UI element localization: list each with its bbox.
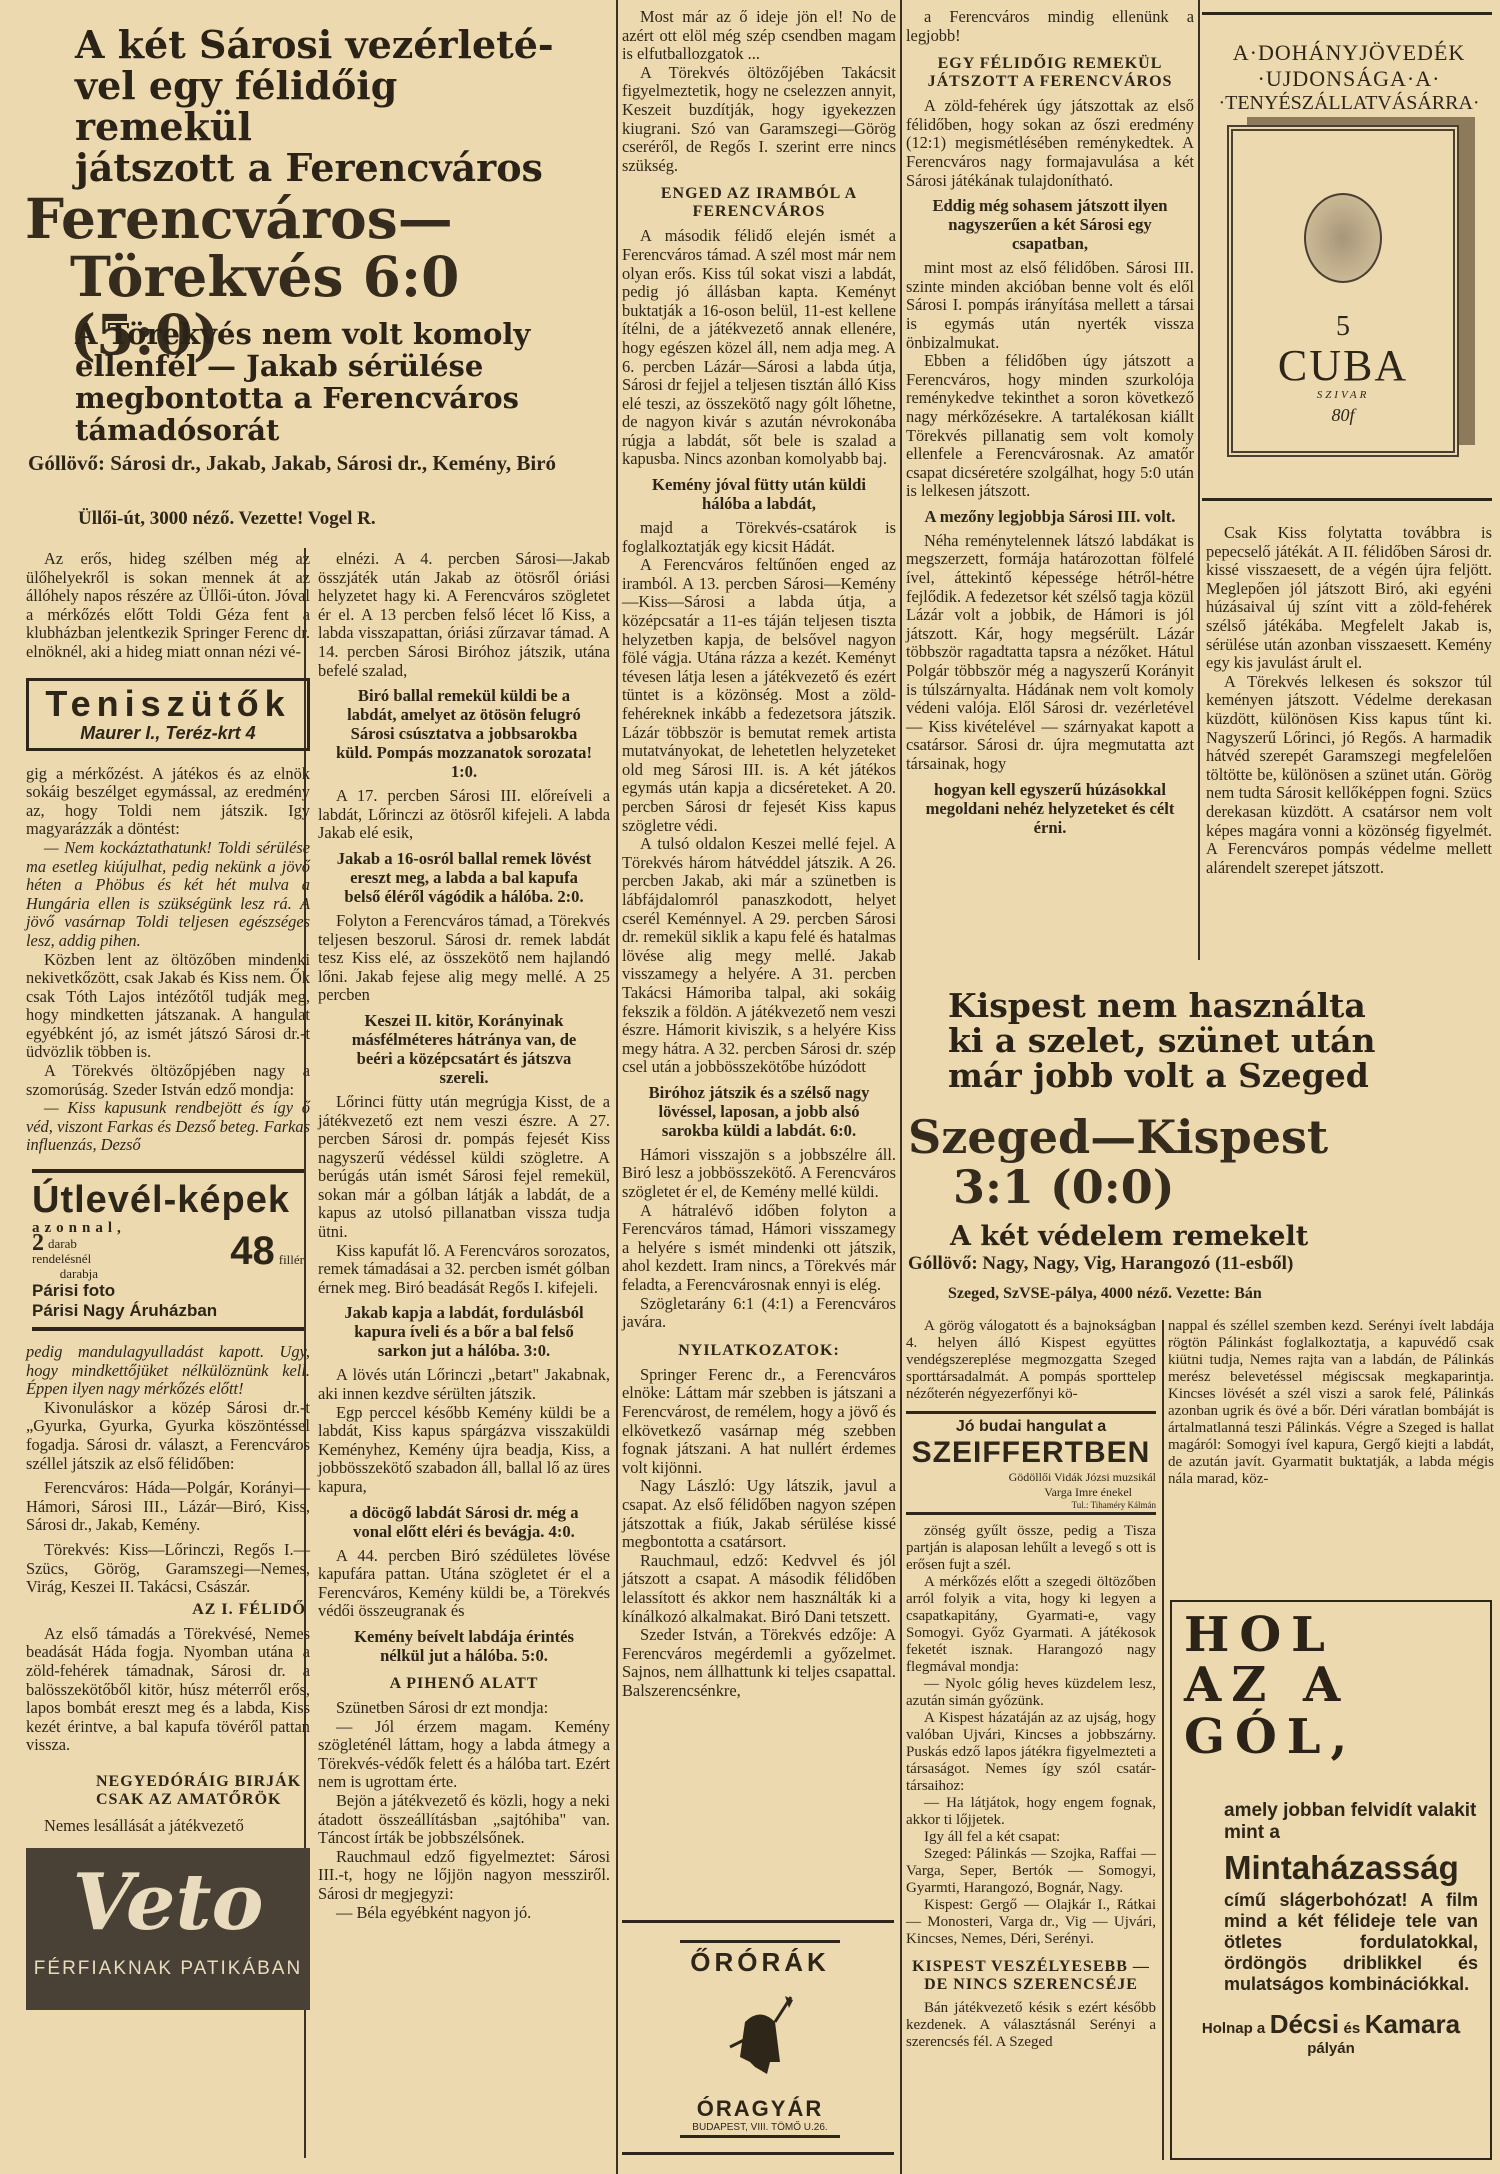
cinema-name: Décsi (1270, 2009, 1339, 2039)
highlight-paragraph: Kemény jóval fütty után küldi hálóba a l… (636, 475, 882, 513)
column-rule (900, 0, 902, 2174)
article1-scorers: Góllövő: Sárosi dr., Jakab, Jakab, Sáros… (28, 452, 578, 475)
paragraph: Közben lent az öltözőben mindenki nekive… (26, 951, 310, 1063)
article1-venue: Üllői-út, 3000 néző. Vezette! Vogel R. (78, 508, 598, 530)
paragraph: Lőrinci fütty után megrúgja Kisst, de a … (318, 1093, 610, 1242)
watch-ad-maker: ÓRAGYÁR (680, 2096, 840, 2122)
paragraph: — Ha látjátok, hogy engem fognak, akkor … (906, 1795, 1156, 1829)
paragraph: Szögletarány 6:1 (4:1) a Ferencváros jav… (622, 1295, 896, 1332)
tobacco-ad-line: A·DOHÁNYJÖVEDÉK (1205, 40, 1493, 66)
paragraph: — Nyolc gólig heves küzdelem lesz, azutá… (906, 1676, 1156, 1710)
kicker-line: A két Sárosi vezérleté- (75, 24, 605, 65)
tobacco-ad-line: ·UJDONSÁGA·A· (1205, 66, 1493, 92)
paragraph: Rauchmaul, edző: Kedvvel és jól játszott… (622, 1552, 896, 1626)
highlight-paragraph: Eddig még sohasem játszott ilyen nagysze… (920, 196, 1180, 253)
lineup-ferencvaros: Ferencváros: Háda—Polgár, Korányi—Hámori… (26, 1479, 310, 1535)
veto-ad-tagline: FÉRFIAKNAK PATIKÁBAN (26, 1958, 310, 1980)
cigar-kind: SZIVAR (1233, 389, 1453, 401)
seiffert-ad-music: Gödöllői Vidák Józsi muzsikál (906, 1470, 1156, 1485)
passport-ad-unit: fillér (279, 1252, 304, 1267)
tennis-ad: Teniszütők Maurer I., Teréz-krt 4 (26, 678, 310, 751)
tennis-ad-title: Teniszütők (37, 685, 299, 723)
kicker-line: Kispest nem használta (948, 988, 1496, 1023)
paragraph: A Ferencváros feltűnően enged az iramból… (622, 556, 896, 835)
kicker-line: játszott a Ferencváros (75, 147, 605, 188)
paragraph: Springer Ferenc dr., a Ferencváros elnök… (622, 1366, 896, 1478)
paragraph: A Törekvés öltözőjében Takácsit figyelme… (622, 64, 896, 176)
highlight-paragraph: hogyan kell egyszerű húzásokkal megoldan… (920, 780, 1180, 837)
article1-column-4: a Ferencváros mindig ellenünk a legjobb!… (906, 8, 1194, 843)
watch-ad-title: ŐRÓRÁK (680, 1947, 840, 1978)
passport-ad-store: Párisi Nagy Áruházban (32, 1301, 304, 1321)
article2-column-b: nappal és széllel szemben kezd. Serényi … (1168, 1318, 1494, 1488)
article2-deck: A két védelem remekelt (950, 1223, 1470, 1251)
footer-text: Holnap a (1202, 2020, 1265, 2037)
article2-kicker: Kispest nem használta ki a szelet, szüne… (948, 988, 1496, 1093)
highlight-paragraph: Biró ballal remekül küldi be a labdát, a… (332, 686, 596, 781)
article1-column-2: elnézi. A 4. percben Sárosi—Jakab összjá… (318, 550, 610, 1922)
tobacco-ad: A·DOHÁNYJÖVEDÉK ·UJDONSÁGA·A· ·TENYÉSZÁL… (1205, 40, 1493, 457)
subheading: KISPEST VESZÉLYESEBB — DE NINCS SZERENCS… (906, 1958, 1156, 1994)
passport-ad-shop: Párisi foto (32, 1281, 304, 1301)
paragraph: Az erős, hideg szélben még az ülőhelyekr… (26, 550, 310, 662)
column-rule (1162, 1320, 1164, 2160)
subheading: NYILATKOZATOK: (622, 1342, 896, 1360)
paragraph: mint most az első félidőben. Sárosi III.… (906, 259, 1194, 352)
paragraph: A tulsó oldalon Keszei mellé fejel. A Tö… (622, 835, 896, 1077)
highlight-paragraph: Jakab a 16-osról ballal remek lövést ere… (332, 849, 596, 906)
film-ad-line: HOL (1184, 1610, 1478, 1660)
quote: — Nem kockáztathatunk! Toldi sérülése ma… (26, 839, 310, 951)
lineup-torekves: Törekvés: Kiss—Lőrinczi, Regős I.—Szücs,… (26, 1541, 310, 1597)
quote: pedig mandulagyulladást kapott. Ugy, hog… (26, 1343, 310, 1399)
paragraph: Kivonuláskor a közép Sárosi dr.-t „Gyurk… (26, 1399, 310, 1473)
paragraph: Bejön a játékvezető és közli, hogy a nek… (318, 1792, 610, 1848)
article2-scorers: Góllövő: Nagy, Nagy, Vig, Harangozó (11-… (908, 1253, 1498, 1275)
paragraph: Igy áll fel a két csapat: (906, 1829, 1156, 1846)
film-ad-title: Mintaházasság (1224, 1848, 1478, 1888)
paragraph: A lövés után Lőrinczi „betart" Jakabnak,… (318, 1366, 610, 1403)
deck-line: megbontotta a Ferencváros (75, 382, 615, 414)
paragraph: — Jól érzem magam. Kemény szögleténél lá… (318, 1718, 610, 1792)
quote: — Kiss kapusunk rendbejött és így ő véd,… (26, 1099, 310, 1155)
paragraph: — Béla egyébként nagyon jó. (318, 1904, 610, 1923)
seiffert-ad-singer: Varga Imre énekel (906, 1485, 1156, 1500)
paragraph: Ebben a félidőben úgy játszott a Ferencv… (906, 352, 1194, 501)
paragraph: A 17. percben Sárosi III. előreíveli a l… (318, 787, 610, 843)
paragraph: A zöld-fehérek úgy játszottak az első fé… (906, 97, 1194, 190)
footer-text: pályán (1184, 2040, 1478, 2057)
paragraph: Kiss kapufát lő. A Ferencváros sorozatos… (318, 1242, 610, 1298)
headline-line: Szeged—Kispest (908, 1112, 1468, 1162)
paragraph: Folyton a Ferencváros támad, a Törekvés … (318, 912, 610, 1005)
article1-kicker: A két Sárosi vezérleté- vel egy félidőig… (75, 24, 605, 188)
headline-line: Ferencváros— (25, 190, 615, 248)
paragraph: Egp perccel később Kemény küldi be a lab… (318, 1404, 610, 1497)
seiffert-ad-name: SZEIFFERTBEN (906, 1436, 1156, 1470)
highlight-paragraph: Jakab kapja a labdát, fordulásból kapura… (332, 1303, 596, 1360)
paragraph: A második félidő elején ismét a Ferencvá… (622, 227, 896, 469)
watch-factory-ad: ŐRÓRÁK ÓRAGYÁR BUDAPEST, VIII. TÖMŐ U.26… (680, 1940, 840, 2138)
paragraph: Rauchmaul edző figyelmeztet: Sárosi III.… (318, 1848, 610, 1904)
cinema-name: Kamara (1365, 2009, 1460, 2039)
column-rule (616, 0, 618, 2174)
film-ad-footer: Holnap a Décsi és Kamara pályán (1184, 2009, 1478, 2057)
paragraph: Csak Kiss folytatta továbbra is pepecsel… (1206, 524, 1492, 673)
subheading: ENGED AZ IRAMBÓL A FERENCVÁROS (622, 185, 896, 221)
cigar-box: 5 CUBA SZIVAR 80f (1227, 125, 1459, 457)
highlight-paragraph: Biróhoz játszik és a szélső nagy lövésse… (636, 1083, 882, 1140)
paragraph: a Ferencváros mindig ellenünk a legjobb! (906, 8, 1194, 45)
tobacco-ad-line: ·TENYÉSZÁLLATVÁSÁRRA· (1205, 92, 1493, 115)
highlight-paragraph: a döcögő labdát Sárosi dr. még a vonal e… (332, 1503, 596, 1541)
paragraph: Nemes lesállását a játékvezető (26, 1817, 310, 1836)
cigar-brand: CUBA (1233, 343, 1453, 389)
rule (622, 1920, 894, 1923)
paragraph: gig a mérkőzést. A játékos és az elnök s… (26, 765, 310, 839)
passport-ad-count: 2 (32, 1236, 44, 1251)
seiffert-ad-line: Jó budai hangulat a (906, 1418, 1156, 1436)
article2-headline: Szeged—Kispest 3:1 (0:0) (908, 1112, 1468, 1212)
article2-column-a: A görög válogatott és a bajnokságban 4. … (906, 1318, 1156, 2051)
paragraph: Kispest: Gergő — Olajkár I., Rátkai — Mo… (906, 1897, 1156, 1948)
film-ad-text: című slágerbohózat! A film mind a két fé… (1224, 1890, 1478, 1995)
subheading: A PIHENŐ ALATT (318, 1675, 610, 1693)
paragraph: Hámori visszajön s a jobbszélre áll. Bir… (622, 1146, 896, 1202)
headline-line: 3:1 (0:0) (908, 1162, 1468, 1212)
paragraph: A 44. percben Biró szédületes lövése kap… (318, 1547, 610, 1621)
paragraph: Szünetben Sárosi dr ezt mondja: (318, 1699, 610, 1718)
highlight-paragraph: A mezőny legjobbja Sárosi III. volt. (920, 507, 1180, 526)
paragraph: majd a Törekvés-csatárok is foglalkoztat… (622, 519, 896, 556)
watch-ad-address: BUDAPEST, VIII. TÖMŐ U.26. (680, 2122, 840, 2138)
passport-ad-per-order: darab rendelésnél (32, 1236, 126, 1266)
watchman-figure-icon (725, 1992, 795, 2082)
film-ad-line: GÓL, (1184, 1710, 1478, 1764)
footer-text: és (1344, 2020, 1361, 2037)
rule (622, 2152, 894, 2155)
paragraph: A Törekvés lelkesen és sokszor túl kemén… (1206, 673, 1492, 878)
paragraph: Néha reménytelennek látszó labdákat is m… (906, 532, 1194, 774)
paragraph: A hátralévő időben folyton a Ferencváros… (622, 1202, 896, 1295)
tax-seal-icon (1304, 193, 1382, 283)
subheading: NEGYEDÓRÁIG BIRJÁK CSAK AZ AMATŐRÖK (96, 1773, 310, 1809)
article2-venue: Szeged, SzVSE-pálya, 4000 néző. Vezette:… (948, 1285, 1488, 1303)
paragraph: Az első támadás a Törekvésé, Nemes beadá… (26, 1625, 310, 1755)
rule (1202, 498, 1492, 501)
kicker-line: ki a szelet, szünet után (948, 1023, 1496, 1058)
paragraph: A görög válogatott és a bajnokságban 4. … (906, 1318, 1156, 1403)
passport-photo-ad: Útlevél-képek azonnal, 2 darab rendelésn… (32, 1169, 304, 1331)
rule (1202, 12, 1492, 15)
deck-line: A Törekvés nem volt komoly (75, 318, 615, 350)
article1-deck: A Törekvés nem volt komoly ellenfél — Ja… (75, 318, 615, 446)
paragraph: Bán játékvezető késik s ezért később kez… (906, 2000, 1156, 2051)
passport-ad-each: darabja (32, 1266, 126, 1281)
article1-column-1: Az erős, hideg szélben még az ülőhelyekr… (26, 550, 310, 2010)
paragraph: zönség gyűlt össze, pedig a Tisza partjá… (906, 1523, 1156, 1574)
column-rule (1198, 0, 1200, 960)
paragraph: Most már az ő ideje jön el! No de azért … (622, 8, 896, 64)
highlight-paragraph: Keszei II. kitör, Korányinak másfélméter… (332, 1011, 596, 1087)
film-ad-text: amely jobban felvidít valakit mint a (1224, 1800, 1478, 1844)
article1-column-3: Most már az ő ideje jön el! No de azért … (622, 8, 896, 1701)
paragraph: A Törekvés öltözőpjében nagy a szomorúsá… (26, 1062, 310, 1099)
article1-column-5: Csak Kiss folytatta továbbra is pepecsel… (1206, 524, 1492, 877)
film-ad-line: AZ A (1184, 1660, 1478, 1710)
kicker-line: remekül (75, 106, 605, 147)
subheading: EGY FÉLIDŐIG REMEKÜL JÁTSZOTT A FERENCVÁ… (906, 55, 1194, 91)
paragraph: nappal és széllel szemben kezd. Serényi … (1168, 1318, 1494, 1488)
deck-line: ellenfél — Jakab sérülése (75, 350, 615, 382)
seiffert-ad: Jó budai hangulat a SZEIFFERTBEN Gödöllő… (906, 1411, 1156, 1515)
passport-ad-price: 48 (230, 1229, 275, 1273)
kicker-line: vel egy félidőig (75, 65, 605, 106)
seiffert-ad-owner: Tul.: Tihaméry Kálmán (906, 1500, 1156, 1510)
cigar-price: 80f (1233, 405, 1453, 426)
tennis-ad-address: Maurer I., Teréz-krt 4 (37, 723, 299, 744)
veto-ad: Veto FÉRFIAKNAK PATIKÁBAN (26, 1848, 310, 2010)
subheading: AZ I. FÉLIDŐ (26, 1601, 306, 1619)
kicker-line: már jobb volt a Szeged (948, 1058, 1496, 1093)
paragraph: Nagy László: Ugy látszik, javul a csapat… (622, 1477, 896, 1551)
deck-line: támadósorát (75, 414, 615, 446)
passport-ad-now: azonnal, (32, 1221, 126, 1236)
paragraph: Szeged: Pálinkás — Szojka, Raffai — Varg… (906, 1846, 1156, 1897)
paragraph: elnézi. A 4. percben Sárosi—Jakab összjá… (318, 550, 610, 680)
paragraph: A Kispest házatáján az az ujság, hogy va… (906, 1710, 1156, 1795)
passport-ad-title: Útlevél-képek (32, 1179, 304, 1221)
film-ad: HOL AZ A GÓL, amely jobban felvidít vala… (1170, 1600, 1492, 2160)
paragraph: Szeder István, a Törekvés edzője: A Fere… (622, 1626, 896, 1700)
cigar-count: 5 (1233, 311, 1453, 343)
highlight-paragraph: Kemény beívelt labdája érintés nélkül ju… (332, 1627, 596, 1665)
paragraph: A mérkőzés előtt a szegedi öltözőben arr… (906, 1574, 1156, 1676)
veto-ad-brand: Veto (26, 1848, 310, 1958)
